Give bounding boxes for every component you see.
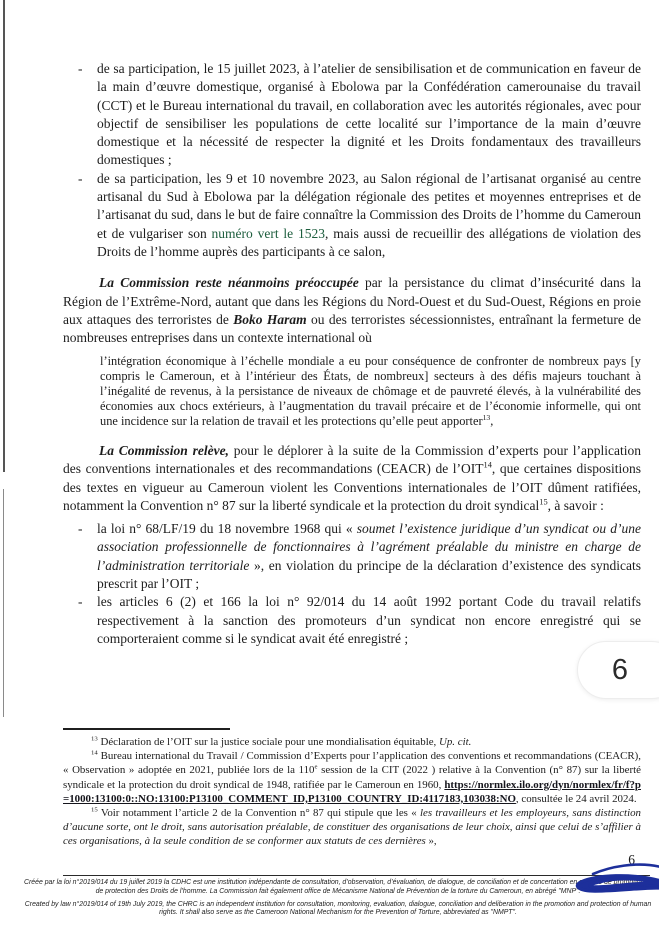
footnote-area: 13 Déclaration de l’OIT sur la justice s…	[0, 728, 659, 849]
law-bullet-list: - la loi n° 68/LF/19 du 18 novembre 1968…	[63, 520, 641, 648]
footer-note-fr: Créée par la loi n°2019/014 du 19 juille…	[22, 879, 654, 897]
footnote-text: , consultée le 24 avril 2024.	[516, 793, 637, 805]
document-page: - de sa participation, le 15 juillet 202…	[0, 0, 659, 928]
law-bullet-2: - les articles 6 (2) et 166 la loi n° 92…	[63, 593, 641, 648]
footer-note-en: Created by law n°2019/014 of 19th July 2…	[22, 901, 654, 919]
paragraph-commission-preoccupee: La Commission reste néanmoins préoccupée…	[63, 274, 641, 347]
footnote-text: Voir notamment l’article 2 de la Convent…	[101, 807, 420, 819]
footnote-italic: Up. cit.	[439, 736, 471, 748]
paragraph-commission-releve: La Commission relève, pour le déplorer à…	[63, 442, 641, 515]
bullet-text: les articles 6 (2) et 166 la loi n° 92/0…	[97, 593, 641, 648]
footer-rule	[63, 875, 650, 876]
bold-italic-lead: La Commission reste néanmoins préoccupée	[99, 275, 359, 290]
footnote-13: 13 Déclaration de l’OIT sur la justice s…	[63, 735, 641, 749]
boko-haram-emphasis: Boko Haram	[233, 312, 306, 327]
bullet-text: de sa participation, les 9 et 10 novembr…	[97, 170, 641, 261]
dash-marker: -	[63, 60, 97, 170]
footnote-14: 14 Bureau international du Travail / Com…	[63, 749, 641, 806]
quote-tail: ,	[490, 414, 493, 428]
dash-marker: -	[63, 520, 97, 593]
dash-marker: -	[63, 593, 97, 648]
footnote-15: 15 Voir notamment l’article 2 de la Conv…	[63, 806, 641, 849]
paragraph-segment: , à savoir :	[548, 498, 604, 513]
footer-note: Créée par la loi n°2019/014 du 19 juille…	[22, 879, 654, 918]
bullet-text: de sa participation, le 15 juillet 2023,…	[97, 60, 641, 170]
participation-bullet-2: - de sa participation, les 9 et 10 novem…	[63, 170, 641, 261]
bold-italic-lead: La Commission relève,	[99, 443, 229, 458]
participation-bullet-1: - de sa participation, le 15 juillet 202…	[63, 60, 641, 170]
document-body: - de sa participation, le 15 juillet 202…	[63, 60, 641, 728]
block-quote-ilo: l’intégration économique à l’échelle mon…	[100, 354, 641, 429]
green-hotline-text: numéro vert le 1523	[212, 226, 325, 241]
scan-edge-line	[3, 489, 4, 717]
pen-scribble-mark	[571, 861, 659, 909]
scan-edge-line	[3, 0, 5, 472]
quote-text: l’intégration économique à l’échelle mon…	[100, 354, 641, 428]
footnote-text: Déclaration de l’OIT sur la justice soci…	[100, 736, 439, 748]
footnotes: 13 Déclaration de l’OIT sur la justice s…	[63, 735, 641, 849]
footnote-text: »,	[426, 835, 437, 847]
footnote-separator	[63, 728, 230, 730]
page-badge: 6	[577, 641, 659, 699]
bullet-text-segment: la loi n° 68/LF/19 du 18 novembre 1968 q…	[97, 521, 357, 536]
footnote-number: 14	[91, 750, 98, 757]
footnote-number: 13	[91, 735, 98, 742]
footnote-ref-15: 15	[539, 497, 547, 506]
bullet-text: la loi n° 68/LF/19 du 18 novembre 1968 q…	[97, 520, 641, 593]
law-bullet-1: - la loi n° 68/LF/19 du 18 novembre 1968…	[63, 520, 641, 593]
footnote-ref-14: 14	[484, 461, 492, 470]
dash-marker: -	[63, 170, 97, 261]
footnote-number: 15	[91, 806, 98, 813]
page-badge-number: 6	[612, 654, 628, 687]
